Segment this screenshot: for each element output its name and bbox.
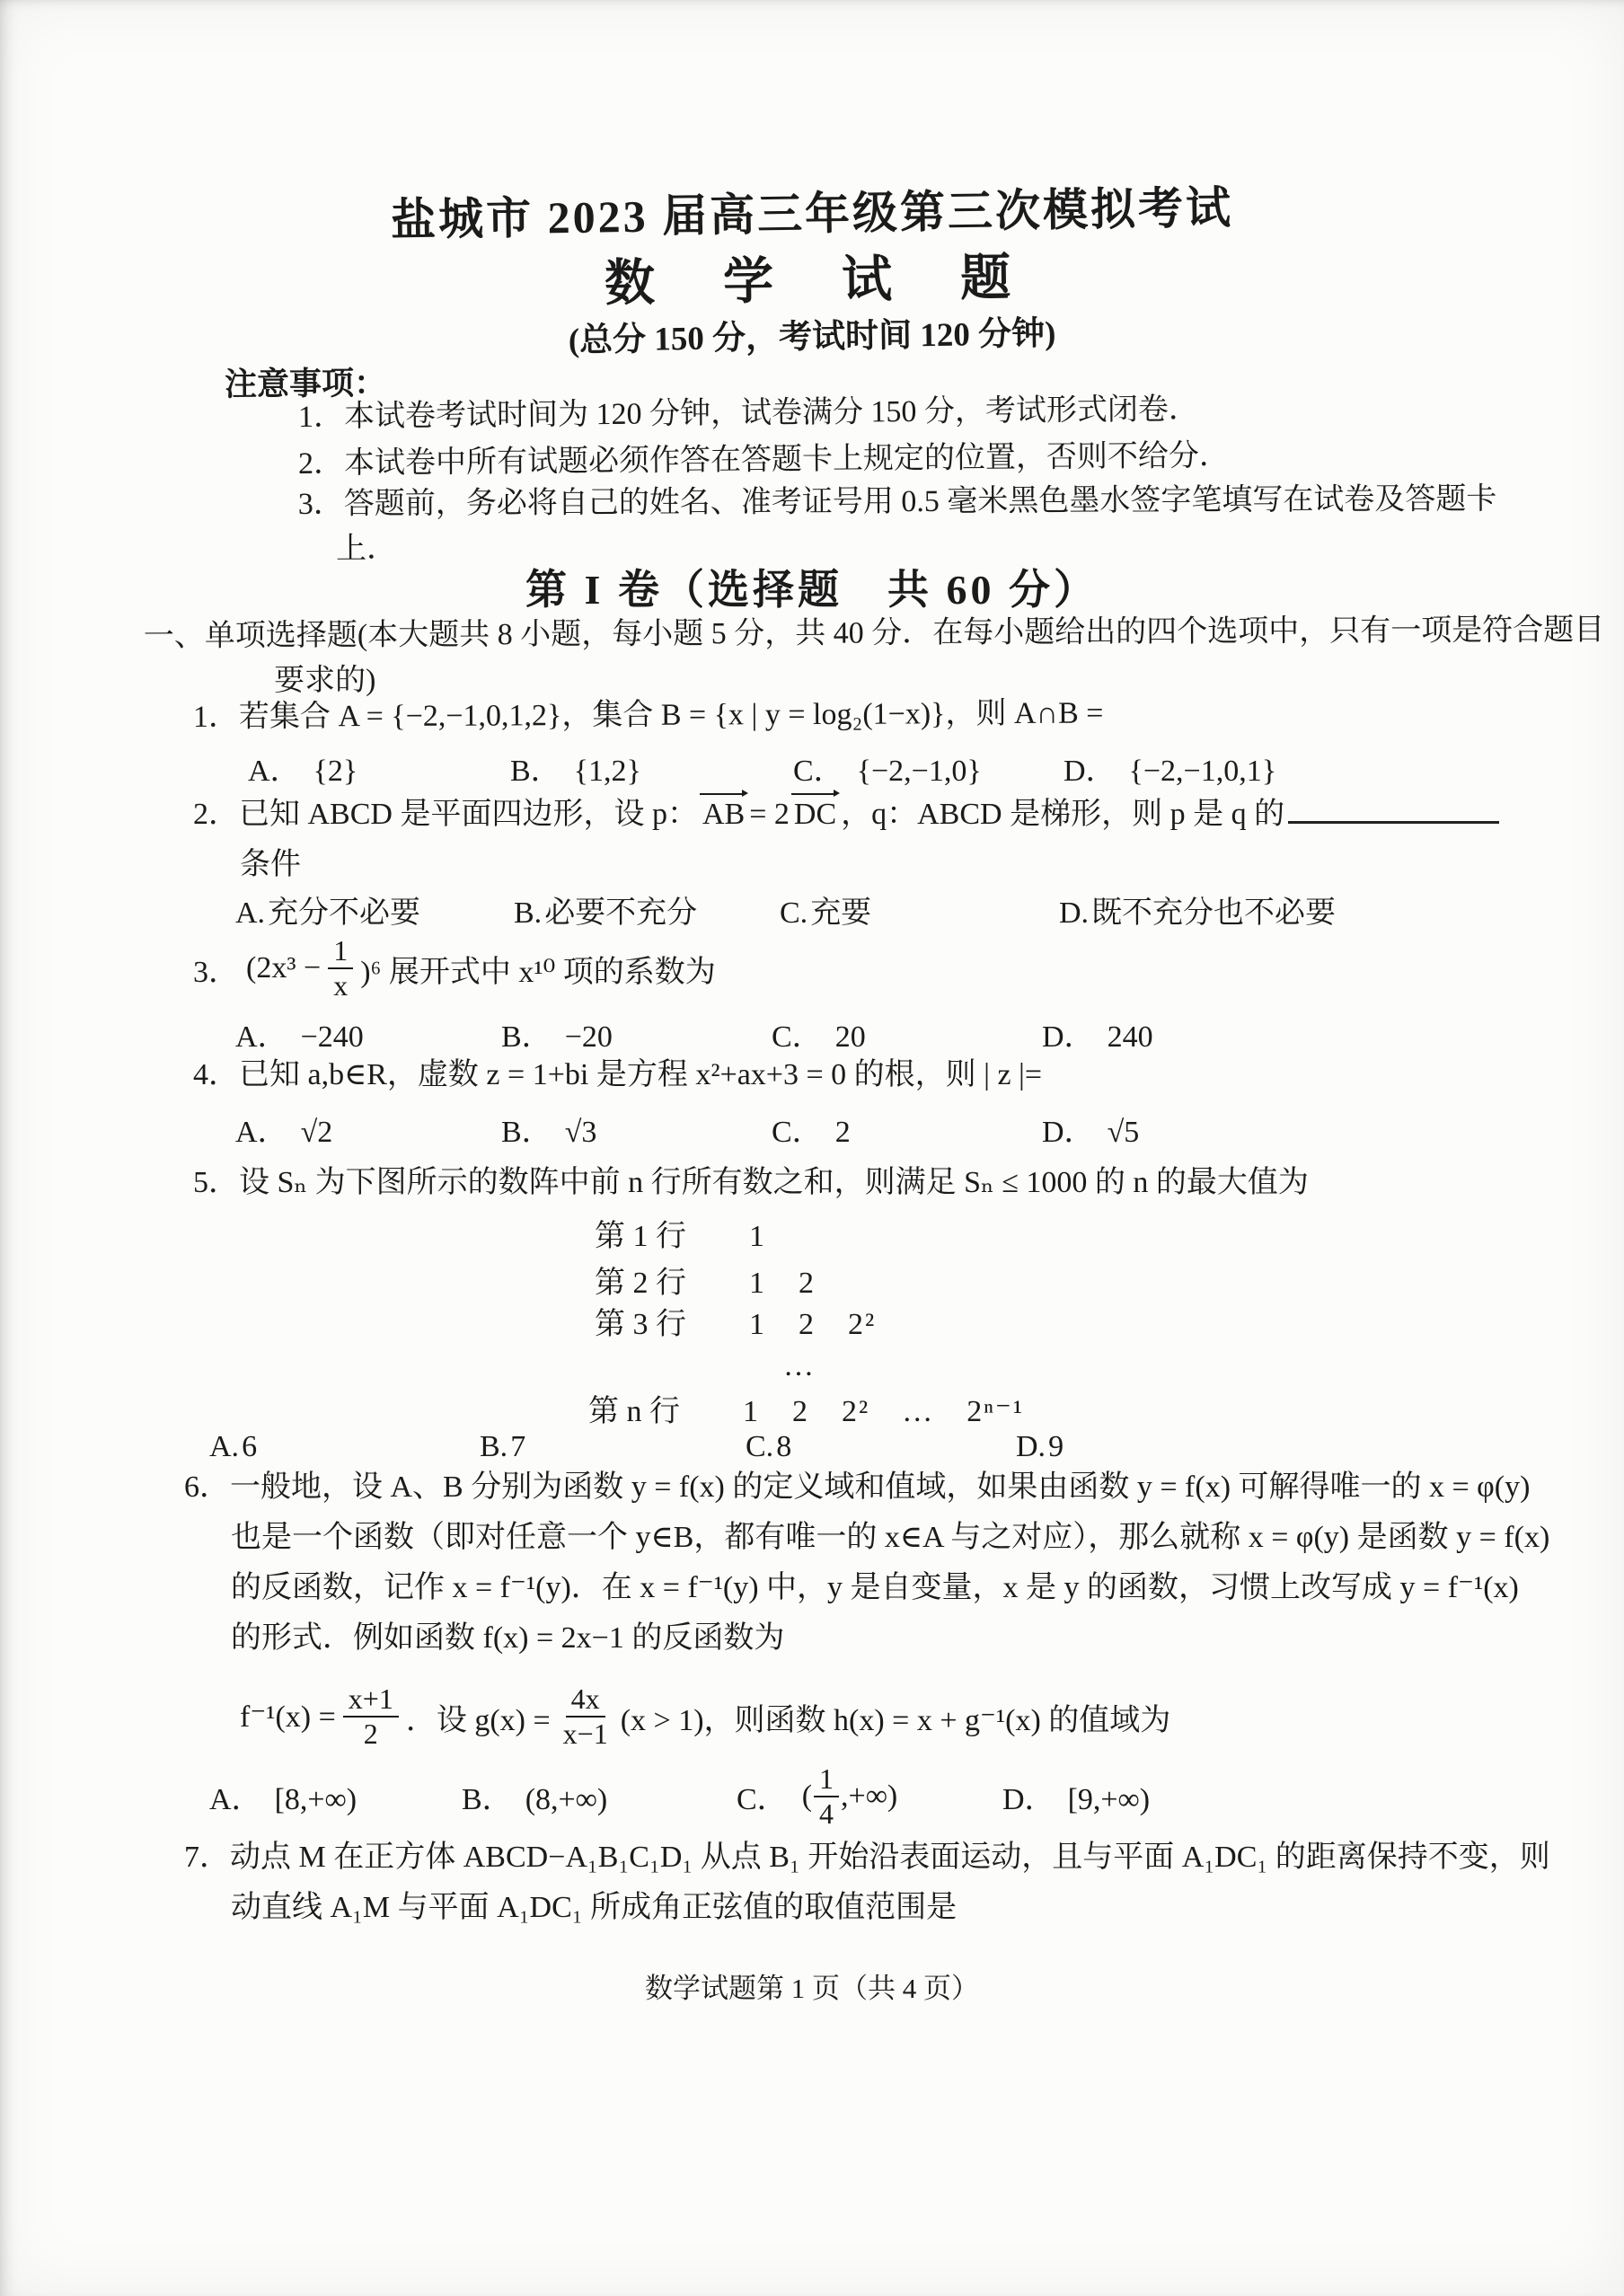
array-dots: … bbox=[783, 1349, 814, 1383]
array-row-n: 第 n 行1 2 2² … 2ⁿ⁻¹ bbox=[588, 1386, 1024, 1430]
option-d: D．{−2,−1,0,1} bbox=[1064, 746, 1276, 790]
option-d: D．[9,+∞) bbox=[1002, 1774, 1150, 1818]
fraction-1-over-4: 14 bbox=[814, 1762, 839, 1831]
question-5-options: A.6 B.7 C.8 D.9 bbox=[209, 1430, 1064, 1464]
question-7: 7．动点 M 在正方体 ABCD−A₁B₁C₁D₁ 从点 B₁ 开始沿表面运动，… bbox=[184, 1832, 1569, 1933]
question-4-number: 4． bbox=[193, 1058, 239, 1091]
option-c: C.8 bbox=[746, 1430, 1016, 1464]
fraction-x-plus-1-over-2: x+12 bbox=[343, 1682, 399, 1751]
array-row-3: 第 3 行1 2 2² bbox=[595, 1299, 876, 1343]
question-2-number: 2． bbox=[193, 798, 239, 831]
section-1-heading: 第 I 卷（选择题 共 60 分） bbox=[0, 557, 1624, 616]
option-a: A．[8,+∞) bbox=[209, 1774, 462, 1818]
option-b: B．√3 bbox=[501, 1107, 772, 1151]
question-4: 4．已知 a,b∈R，虚数 z = 1+bi 是方程 x²+ax+3 = 0 的… bbox=[193, 1053, 1042, 1098]
question-2-tail: 条件 bbox=[240, 843, 301, 887]
question-5-number: 5． bbox=[193, 1166, 239, 1199]
vector-AB: AB bbox=[700, 798, 747, 831]
fraction-1-over-x: 1x bbox=[328, 934, 353, 1002]
question-2: 2．已知 ABCD 是平面四边形，设 p：AB= 2DC，q：ABCD 是梯形，… bbox=[193, 790, 1499, 837]
question-6-formula: f⁻¹(x) = x+12 ．设 g(x) = 4xx−1 (x > 1)，则函… bbox=[240, 1673, 1170, 1761]
question-7-number: 7． bbox=[184, 1841, 230, 1874]
vector-DC: DC bbox=[791, 798, 839, 831]
array-row-1: 第 1 行1 bbox=[595, 1211, 766, 1255]
answer-blank bbox=[1288, 790, 1499, 824]
question-4-options: A．√2 B．√3 C．2 D．√5 bbox=[235, 1107, 1139, 1151]
option-d: D.既不充分也不必要 bbox=[1059, 887, 1336, 932]
option-a: A.6 bbox=[209, 1430, 480, 1464]
question-3-options: A．−240 B．−20 C．20 D．240 bbox=[235, 1011, 1153, 1055]
exam-page: 盐城市 2023 届高三年级第三次模拟考试 数 学 试 题 (总分 150 分，… bbox=[0, 0, 1624, 2296]
question-2-options: A.充分不必要 B.必要不充分 C.充要 D.既不充分也不必要 bbox=[235, 887, 1336, 932]
option-d: D．240 bbox=[1042, 1011, 1153, 1055]
option-a: A．√2 bbox=[235, 1107, 501, 1151]
question-3: 3． (2x³ − 1x )⁶ 展开式中 x¹⁰ 项的系数为 bbox=[193, 927, 716, 1010]
option-d: D．√5 bbox=[1042, 1107, 1139, 1151]
option-a: A.充分不必要 bbox=[235, 887, 514, 932]
option-a: A．{2} bbox=[248, 746, 510, 790]
question-3-number: 3． bbox=[193, 947, 239, 991]
notice-item-1: 1．本试卷考试时间为 120 分钟，试卷满分 150 分，考试形式闭卷． bbox=[298, 387, 1199, 440]
array-row-2: 第 2 行1 2 bbox=[595, 1258, 816, 1302]
question-1-number: 1． bbox=[193, 701, 239, 734]
option-b: B．{1,2} bbox=[510, 746, 793, 790]
question-1-options: A．{2} B．{1,2} C．{−2,−1,0} D．{−2,−1,0,1} bbox=[248, 746, 1276, 790]
option-b: B．(8,+∞) bbox=[462, 1774, 737, 1818]
question-6: 6．一般地，设 A、B 分别为函数 y = f(x) 的定义域和值域，如果由函数… bbox=[184, 1462, 1551, 1664]
option-c: C．20 bbox=[772, 1011, 1042, 1055]
option-c: C．{−2,−1,0} bbox=[793, 746, 1064, 790]
question-5: 5．设 Sₙ 为下图所示的数阵中前 n 行所有数之和，则满足 Sₙ ≤ 1000… bbox=[193, 1161, 1309, 1205]
option-b: B.必要不充分 bbox=[514, 887, 780, 932]
option-b: B.7 bbox=[480, 1430, 746, 1464]
option-d: D.9 bbox=[1016, 1430, 1064, 1464]
question-1-text: 若集合 A = {−2,−1,0,1,2}，集合 B = {x | y = lo… bbox=[239, 697, 1104, 734]
option-c: C.充要 bbox=[780, 887, 1059, 932]
section-1-intro: 一、单项选择题(本大题共 8 小题，每小题 5 分，共 40 分．在每小题给出的… bbox=[144, 608, 1624, 704]
option-a: A．−240 bbox=[235, 1011, 501, 1055]
question-1: 1．若集合 A = {−2,−1,0,1,2}，集合 B = {x | y = … bbox=[193, 692, 1104, 740]
option-c: C．(14,+∞) bbox=[737, 1762, 1002, 1831]
question-6-options: A．[8,+∞) B．(8,+∞) C．(14,+∞) D．[9,+∞) bbox=[209, 1762, 1150, 1831]
option-b: B．−20 bbox=[501, 1011, 772, 1055]
question-6-number: 6． bbox=[184, 1470, 230, 1504]
option-c: C．2 bbox=[772, 1107, 1042, 1151]
fraction-4x-over-x-minus-1: 4xx−1 bbox=[558, 1682, 613, 1751]
page-footer: 数学试题第 1 页（共 4 页） bbox=[0, 1965, 1624, 2006]
